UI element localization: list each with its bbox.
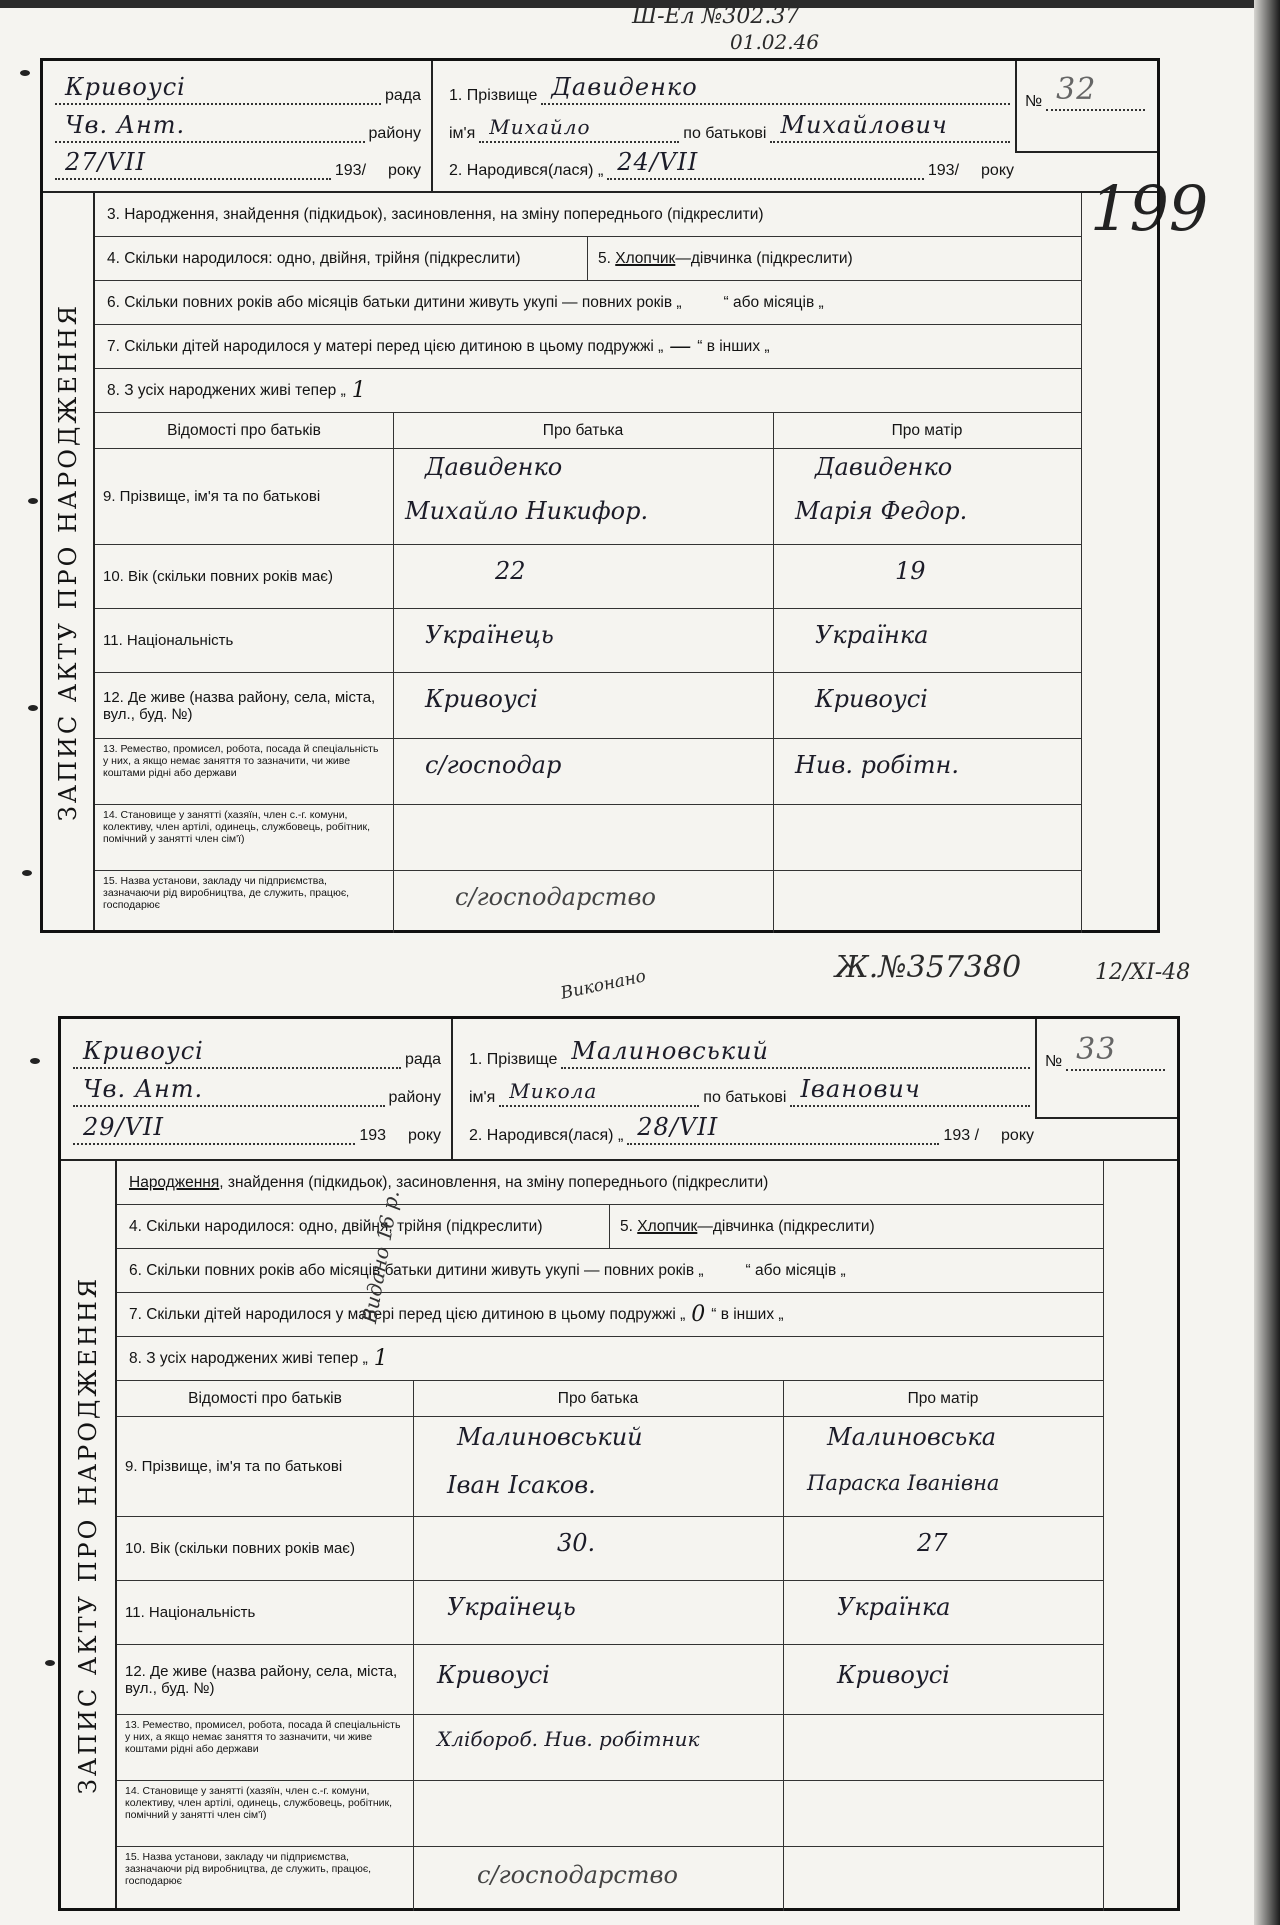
q8-alive-value: 1 [352,378,366,403]
rada-value: Кривоусі [83,1037,204,1065]
rada-label: рада [385,87,421,105]
question-4-5: 4. Скільки народилося: одно, двійня, трі… [95,237,1081,281]
registration-year: 193 [359,1127,386,1145]
question-3: 3. Народження, знайдення (підкидьок), за… [95,193,1081,237]
father-workplace: с/господарство [477,1861,678,1889]
patronymic-label: по батькові [683,125,766,143]
father-nationality: Українець [447,1593,576,1621]
surname-value: Давиденко [551,73,697,101]
father-surname: Давиденко [425,453,562,481]
top-date-note: 01.02.46 [730,30,819,54]
father-occupation: с/господар [425,751,561,779]
q4-text: 4. Скільки народилося: одно, двійня, трі… [129,1218,599,1236]
raion-value: Чв. Ант. [65,111,185,139]
surname-value: Малиновський [571,1037,769,1065]
q13-label: 13. Ремество, промисел, робота, посада й… [95,739,393,805]
scanned-page: Ш-Ел №302.37 01.02.46 199 Кривоусі рада … [0,0,1280,1925]
name-label: ім'я [449,125,475,143]
number-label: № [1025,93,1042,111]
q13-label: 13. Ремество, промисел, робота, посада й… [117,1715,413,1781]
q6-months-label: “ або місяців „ [746,1262,846,1280]
mother-age: 27 [917,1529,948,1557]
mother-residence: Кривоусі [815,685,928,713]
record-number-block: № 33 [1035,1019,1177,1119]
completed-stamp-note: Виконано [559,966,648,1004]
q12-label: 12. Де живе (назва району, села, міста, … [95,673,393,739]
q5-prefix: 5. [598,250,611,268]
q15-label: 15. Назва установи, закладу чи підприємс… [95,871,393,933]
q7-text: 7. Скільки дітей народилося у матері пер… [107,338,663,356]
reference-date-note: 12/XI-48 [1095,960,1190,985]
binder-hole [28,498,38,504]
q5-rest: —дівчинка (підкреслити) [697,1218,874,1236]
parents-table: Відомості про батьків Про батька Про мат… [95,413,1081,933]
parents-table: Відомості про батьків Про батька Про мат… [117,1381,1103,1911]
surname-label: 1. Прізвище [469,1051,557,1069]
q12-label: 12. Де живе (назва району, села, міста, … [117,1645,413,1715]
registration-year: 193/ [335,162,366,180]
registration-date-value: 29/VII [83,1113,164,1141]
q7-this-marriage-value: 0 [691,1302,705,1327]
reference-number-note: Ж.№357380 [835,950,1021,985]
raion-value: Чв. Ант. [83,1075,203,1103]
q7-text: 7. Скільки дітей народилося у матері пер… [129,1306,685,1324]
q3-birth-underlined: Народження [129,1174,219,1192]
child-identity-block: 1. Прізвище Давиденко ім'я Михайло по ба… [439,61,1019,191]
binder-hole [22,870,32,876]
q5-prefix: 5. [620,1218,633,1236]
q5-rest: —дівчинка (підкреслити) [675,250,852,268]
q10-label: 10. Вік (скільки повних років має) [117,1517,413,1581]
q9-label: 9. Прізвище, ім'я та по батькові [95,449,393,545]
father-workplace: с/господарство [455,883,656,911]
question-7: 7. Скільки дітей народилося у матері пер… [95,325,1081,369]
q7-others-label: “ в інших „ [711,1306,783,1324]
patronymic-value: Михайлович [780,111,947,139]
patronymic-value: Іванович [800,1075,920,1103]
q5-boy-underlined: Хлопчик [615,250,675,268]
parents-header: Відомості про батьків [95,413,393,449]
record-number-value: 33 [1076,1032,1116,1067]
q15-label: 15. Назва установи, закладу чи підприємс… [117,1847,413,1911]
record-number-value: 32 [1056,72,1096,107]
binder-hole [45,1660,55,1666]
q10-label: 10. Вік (скільки повних років має) [95,545,393,609]
question-8: 8. З усіх народжених живі тепер „ 1 [117,1337,1103,1381]
mother-occupation: Нив. робітн. [795,751,959,779]
birth-record-form-1: Кривоусі рада Чв. Ант. району 27/VII 193… [40,58,1160,933]
roku-label: року [1001,1127,1034,1145]
birth-record-form-2: Кривоусі рада Чв. Ант. району 29/VII 193… [58,1016,1180,1911]
father-occupation: Хлібороб. Нив. робітник [437,1727,699,1751]
vertical-title-column: ЗАПИС АКТУ ПРО НАРОДЖЕННЯ [43,193,95,930]
registry-office-block: Кривоусі рада Чв. Ант. району 29/VII 193… [61,1019,453,1159]
right-margin-column [1081,193,1157,933]
binder-hole [20,70,30,76]
q7-others-label: “ в інших „ [697,338,769,356]
child-identity-block: 1. Прізвище Малиновський ім'я Микола по … [459,1019,1039,1159]
mother-surname: Давиденко [815,453,952,481]
born-date-value: 28/VII [637,1113,718,1141]
father-name: Іван Ісаков. [447,1471,596,1499]
question-8: 8. З усіх народжених живі тепер „ 1 [95,369,1081,413]
q5-boy-underlined: Хлопчик [637,1218,697,1236]
born-year: 193 / [943,1127,979,1145]
father-header: Про батька [413,1381,783,1417]
scan-edge-right [1254,0,1280,1925]
name-value: Микола [509,1079,597,1103]
binder-hole [30,1058,40,1064]
q8-text: 8. З усіх народжених живі тепер „ [129,1350,368,1368]
father-residence: Кривоусі [425,685,538,713]
mother-header: Про матір [783,1381,1103,1417]
right-margin-column [1103,1161,1177,1911]
roku-label: року [981,162,1014,180]
born-label: 2. Народився(лася) „ [449,162,603,180]
father-age: 22 [495,557,526,585]
father-surname: Малиновський [457,1423,643,1451]
q8-text: 8. З усіх народжених живі тепер „ [107,382,346,400]
question-4-5: 4. Скільки народилося: одно, двійня, трі… [117,1205,1103,1249]
rada-label: рада [405,1051,441,1069]
father-residence: Кривоусі [437,1661,550,1689]
question-6: 6. Скільки повних років або місяців бать… [117,1249,1103,1293]
q11-label: 11. Національність [117,1581,413,1645]
number-label: № [1045,1053,1062,1071]
mother-surname: Малиновська [827,1423,996,1451]
born-date-value: 24/VII [617,148,698,176]
mother-name: Параска Іванівна [807,1471,999,1495]
q6-text: 6. Скільки повних років або місяців бать… [129,1262,704,1280]
q7-this-marriage-value: — [669,334,691,359]
q6-text: 6. Скільки повних років або місяців бать… [107,294,682,312]
registration-date-value: 27/VII [65,148,146,176]
rada-value: Кривоусі [65,73,186,101]
q14-label: 14. Становище у занятті (хазяїн, член с.… [117,1781,413,1847]
raion-label: району [389,1089,441,1107]
q4-text: 4. Скільки народилося: одно, двійня, трі… [107,250,577,268]
questions-block: 3. Народження, знайдення (підкидьок), за… [95,193,1157,930]
born-label: 2. Народився(лася) „ [469,1127,623,1145]
q8-alive-value: 1 [374,1346,388,1371]
father-name: Михайло Никифор. [405,497,648,525]
parents-header: Відомості про батьків [117,1381,413,1417]
q6-months-label: “ або місяців „ [724,294,824,312]
mother-name: Марія Федор. [795,497,967,525]
question-3: Народження 3. Народження, знайдення (під… [117,1161,1103,1205]
q14-label: 14. Становище у занятті (хазяїн, член с.… [95,805,393,871]
q11-label: 11. Національність [95,609,393,673]
patronymic-label: по батькові [703,1089,786,1107]
mother-header: Про матір [773,413,1081,449]
name-label: ім'я [469,1089,495,1107]
mother-residence: Кривоусі [837,1661,950,1689]
raion-label: району [369,125,421,143]
registry-office-block: Кривоусі рада Чв. Ант. району 27/VII 193… [43,61,433,191]
form-header: Кривоусі рада Чв. Ант. району 29/VII 193… [61,1019,1177,1161]
vertical-title: ЗАПИС АКТУ ПРО НАРОДЖЕННЯ [74,1275,102,1793]
form-header: Кривоусі рада Чв. Ант. району 27/VII 193… [43,61,1157,193]
q9-label: 9. Прізвище, ім'я та по батькові [117,1417,413,1517]
father-header: Про батька [393,413,773,449]
born-year: 193/ [928,162,959,180]
mother-age: 19 [895,557,926,585]
vertical-title-column: ЗАПИС АКТУ ПРО НАРОДЖЕННЯ [61,1161,117,1908]
mother-nationality: Українка [815,621,928,649]
roku-label: року [408,1127,441,1145]
question-6: 6. Скільки повних років або місяців бать… [95,281,1081,325]
binder-hole [28,705,38,711]
vertical-title: ЗАПИС АКТУ ПРО НАРОДЖЕННЯ [54,302,82,820]
q3-text: 3. Народження, знайдення (підкидьок), за… [107,206,764,224]
record-number-block: № 32 [1015,61,1157,153]
top-reference-note: Ш-Ел №302.37 [632,4,799,29]
questions-block: Народження 3. Народження, знайдення (під… [117,1161,1177,1908]
surname-label: 1. Прізвище [449,87,537,105]
roku-label: року [388,162,421,180]
father-age: 30. [557,1529,595,1557]
name-value: Михайло [489,115,590,139]
question-7: 7. Скільки дітей народилося у матері пер… [117,1293,1103,1337]
mother-nationality: Українка [837,1593,950,1621]
father-nationality: Українець [425,621,554,649]
